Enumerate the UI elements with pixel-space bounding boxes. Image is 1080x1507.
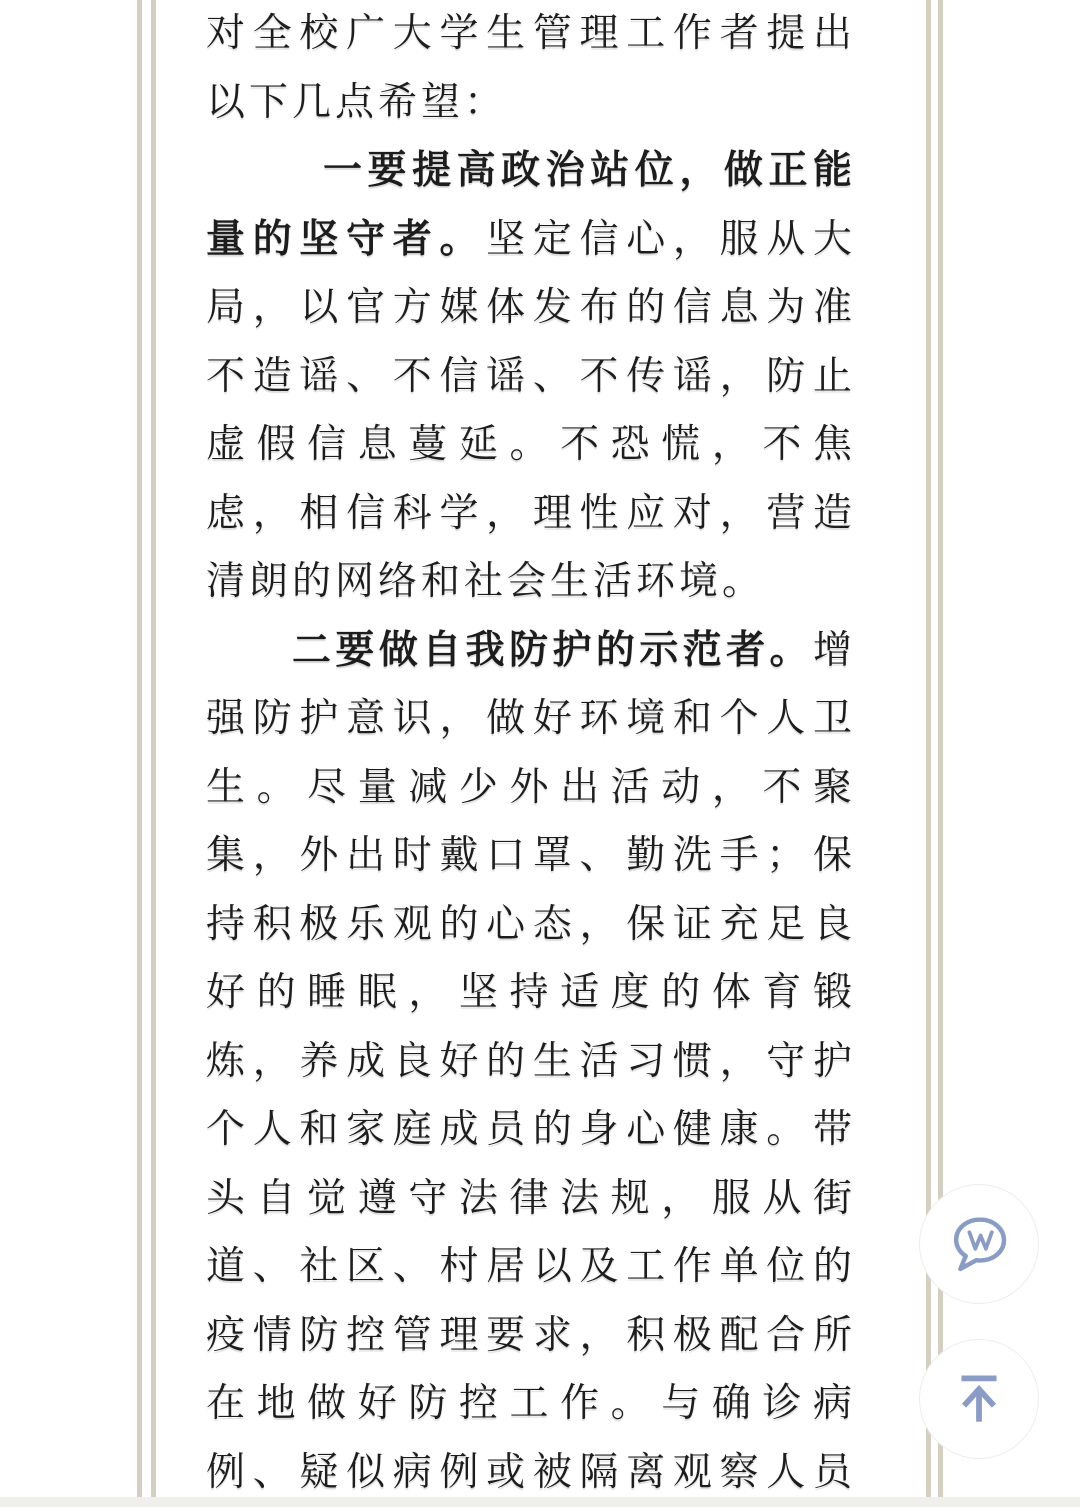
- text-line-regular-segment: 例、疑似病例或被隔离观察人员: [206, 1451, 856, 1494]
- text-line-regular-segment: 炼，养成良好的生活习惯，守护: [206, 1040, 856, 1083]
- text-line: 道、社区、村居以及工作单位的: [206, 1233, 856, 1302]
- article-text: 对全校广大学生管理工作者提出以下几点希望：一要提高政治站位，做正能量的坚守者。坚…: [206, 0, 856, 1507]
- text-line: 头自觉遵守法律法规，服从街: [206, 1165, 856, 1234]
- text-line-regular-segment: 虑，相信科学，理性应对，营造: [206, 492, 856, 535]
- text-line: 持积极乐观的心态，保证充足良: [206, 891, 856, 960]
- text-line-bold-segment: 一要提高政治站位，做正能: [323, 149, 856, 192]
- left-border-line-outer: [137, 0, 142, 1497]
- comment-bubble-w-icon: [945, 1210, 1013, 1278]
- comment-button[interactable]: [919, 1184, 1039, 1304]
- text-line: 强防护意识，做好环境和个人卫: [206, 685, 856, 754]
- text-line: 局，以官方媒体发布的信息为准: [206, 274, 856, 343]
- text-line: 对全校广大学生管理工作者提出: [206, 0, 856, 69]
- text-line: 二要做自我防护的示范者。增: [206, 617, 856, 686]
- text-line: 量的坚守者。坚定信心，服从大: [206, 206, 856, 275]
- text-line: 疫情防控管理要求，积极配合所: [206, 1302, 856, 1371]
- text-line-regular-segment: 以下几点希望：: [206, 81, 507, 124]
- text-line: 好的睡眠，坚持适度的体育锻: [206, 959, 856, 1028]
- text-line-regular-segment: 对全校广大学生管理工作者提出: [206, 12, 856, 55]
- text-line: 虑，相信科学，理性应对，营造: [206, 480, 856, 549]
- text-line: 炼，养成良好的生活习惯，守护: [206, 1028, 856, 1097]
- text-line-regular-segment: 增: [813, 629, 856, 672]
- text-line-regular-segment: 持积极乐观的心态，保证充足良: [206, 903, 856, 946]
- text-line-regular-segment: 个人和家庭成员的身心健康。带: [206, 1108, 856, 1151]
- back-to-top-button[interactable]: [919, 1339, 1039, 1459]
- text-line-regular-segment: 疫情防控管理要求，积极配合所: [206, 1314, 856, 1357]
- text-line-regular-segment: 头自觉遵守法律法规，服从街: [206, 1177, 856, 1220]
- text-line: 集，外出时戴口罩、勤洗手；保: [206, 822, 856, 891]
- text-line-regular-segment: 好的睡眠，坚持适度的体育锻: [206, 971, 856, 1014]
- text-line: 个人和家庭成员的身心健康。带: [206, 1096, 856, 1165]
- text-line-bold-segment: 量的坚守者。: [206, 218, 486, 261]
- text-line-regular-segment: 强防护意识，做好环境和个人卫: [206, 697, 856, 740]
- text-line-regular-segment: 局，以官方媒体发布的信息为准: [206, 286, 856, 329]
- text-line: 在地做好防控工作。与确诊病: [206, 1370, 856, 1439]
- text-line-regular-segment: 不造谣、不信谣、不传谣，防止: [206, 355, 856, 398]
- text-line: 不造谣、不信谣、不传谣，防止: [206, 343, 856, 412]
- text-line-regular-segment: 清朗的网络和社会生活环境。: [206, 560, 765, 603]
- text-line: 生。尽量减少外出活动，不聚: [206, 754, 856, 823]
- text-line: 清朗的网络和社会生活环境。: [206, 548, 856, 617]
- text-line-regular-segment: 虚假信息蔓延。不恐慌，不焦: [206, 423, 856, 466]
- text-line: 虚假信息蔓延。不恐慌，不焦: [206, 411, 856, 480]
- text-line-regular-segment: 生。尽量减少外出活动，不聚: [206, 766, 856, 809]
- left-border-line-inner: [151, 0, 156, 1497]
- text-line-regular-segment: 坚定信心，服从大: [486, 218, 856, 261]
- article-page: 对全校广大学生管理工作者提出以下几点希望：一要提高政治站位，做正能量的坚守者。坚…: [0, 0, 1080, 1507]
- text-line: 一要提高政治站位，做正能: [206, 137, 856, 206]
- bottom-edge-strip: [0, 1497, 1080, 1507]
- text-line-regular-segment: 在地做好防控工作。与确诊病: [206, 1382, 856, 1425]
- text-line-bold-segment: 二要做自我防护的示范者。: [292, 629, 813, 672]
- back-to-top-icon: [946, 1366, 1012, 1432]
- text-line-regular-segment: 道、社区、村居以及工作单位的: [206, 1245, 856, 1288]
- text-line: 以下几点希望：: [206, 69, 856, 138]
- text-line-regular-segment: 集，外出时戴口罩、勤洗手；保: [206, 834, 856, 877]
